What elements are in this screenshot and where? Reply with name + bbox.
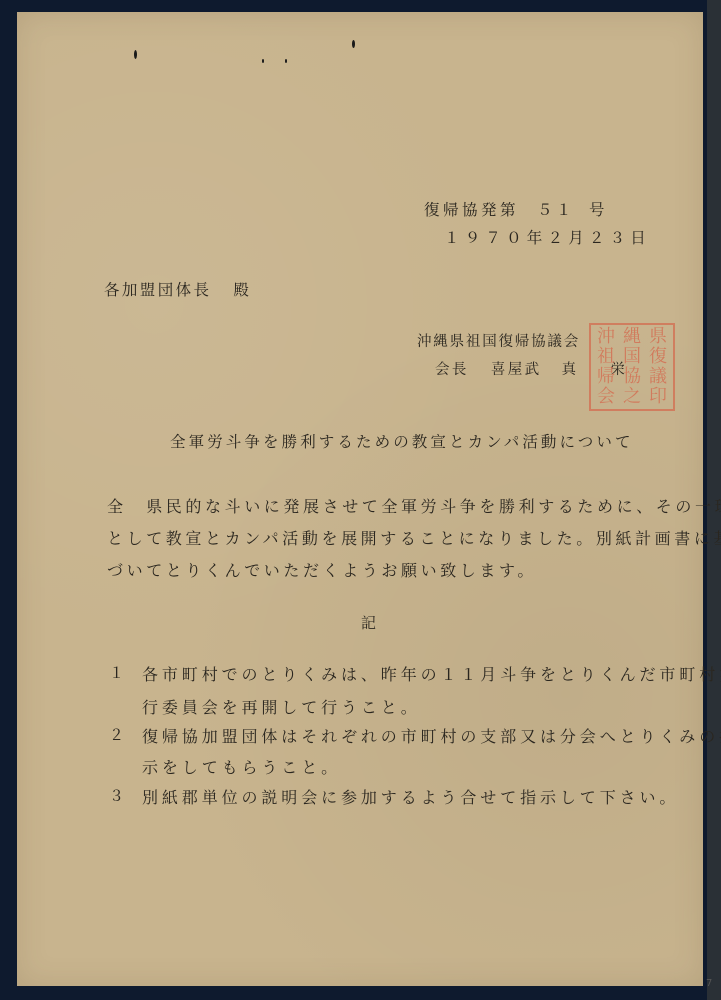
seal-char: 沖	[593, 327, 619, 347]
seal-char: 印	[645, 387, 671, 407]
addressee-honorific: 殿	[233, 281, 251, 299]
item-line: 各市町村でのとりくみは、昨年の１１月斗争をとりくんだ市町村実	[142, 662, 721, 685]
paper-speck	[134, 50, 137, 59]
seal-char: 祖	[593, 347, 619, 367]
body-line: 全 県民的な斗いに発展させて全軍労斗争を勝利するために、その一環	[107, 494, 721, 517]
seal-char: 帰	[593, 367, 619, 387]
item-line: 示をしてもらうこと。	[142, 755, 341, 778]
seal-char: 之	[619, 387, 645, 407]
item-line: 別紙郡単位の説明会に参加するよう合せて指示して下さい。	[142, 785, 679, 808]
paper-speck	[262, 59, 264, 63]
doc-number-value: ５１	[537, 201, 575, 219]
item-line: 復帰協加盟団体はそれぞれの市町村の支部又は分会へとりくみの指	[142, 724, 721, 747]
page-number: 7	[706, 978, 712, 989]
addressee-name: 各加盟団体長	[104, 281, 211, 299]
seal-char: 県	[645, 327, 671, 347]
document-number: 復帰協発第５１号	[424, 198, 608, 220]
item-number: １	[109, 662, 126, 683]
addressee: 各加盟団体長殿	[104, 278, 251, 300]
ki-heading: 記	[361, 612, 378, 633]
official-seal-stamp: 沖 縄 県 祖 国 復 帰 協 議 会 之 印	[589, 323, 675, 411]
seal-char: 縄	[619, 327, 645, 347]
item-number: ３	[109, 785, 126, 806]
seal-char: 会	[593, 387, 619, 407]
seal-char: 協	[619, 367, 645, 387]
paper-speck	[285, 59, 287, 63]
seal-char: 国	[619, 347, 645, 367]
document-subject: 全軍労斗争を勝利するための教宣とカンパ活動について	[170, 430, 634, 452]
body-line: づいてとりくんでいただくようお願い致します。	[107, 558, 537, 581]
paper-speck	[352, 40, 355, 48]
document-page: 復帰協発第５１号 １９７０年２月２３日 各加盟団体長殿 沖縄県祖国復帰協議会 会…	[17, 12, 703, 986]
seal-char: 復	[645, 347, 671, 367]
document-date: １９７０年２月２３日	[444, 226, 651, 248]
item-line: 行委員会を再開して行うこと。	[142, 695, 421, 718]
body-line: として教宣とカンパ活動を展開することになりました。別紙計画書に基	[107, 526, 721, 549]
doc-number-suffix: 号	[589, 201, 608, 219]
item-number: ２	[109, 724, 126, 745]
sender-organization: 沖縄県祖国復帰協議会	[417, 330, 580, 351]
sender-title: 会長	[435, 362, 469, 378]
sender-name-part: 真	[562, 362, 579, 378]
doc-number-prefix: 復帰協発第	[424, 201, 519, 219]
seal-char: 議	[645, 367, 671, 387]
sender-name-part: 喜屋武	[491, 362, 542, 378]
